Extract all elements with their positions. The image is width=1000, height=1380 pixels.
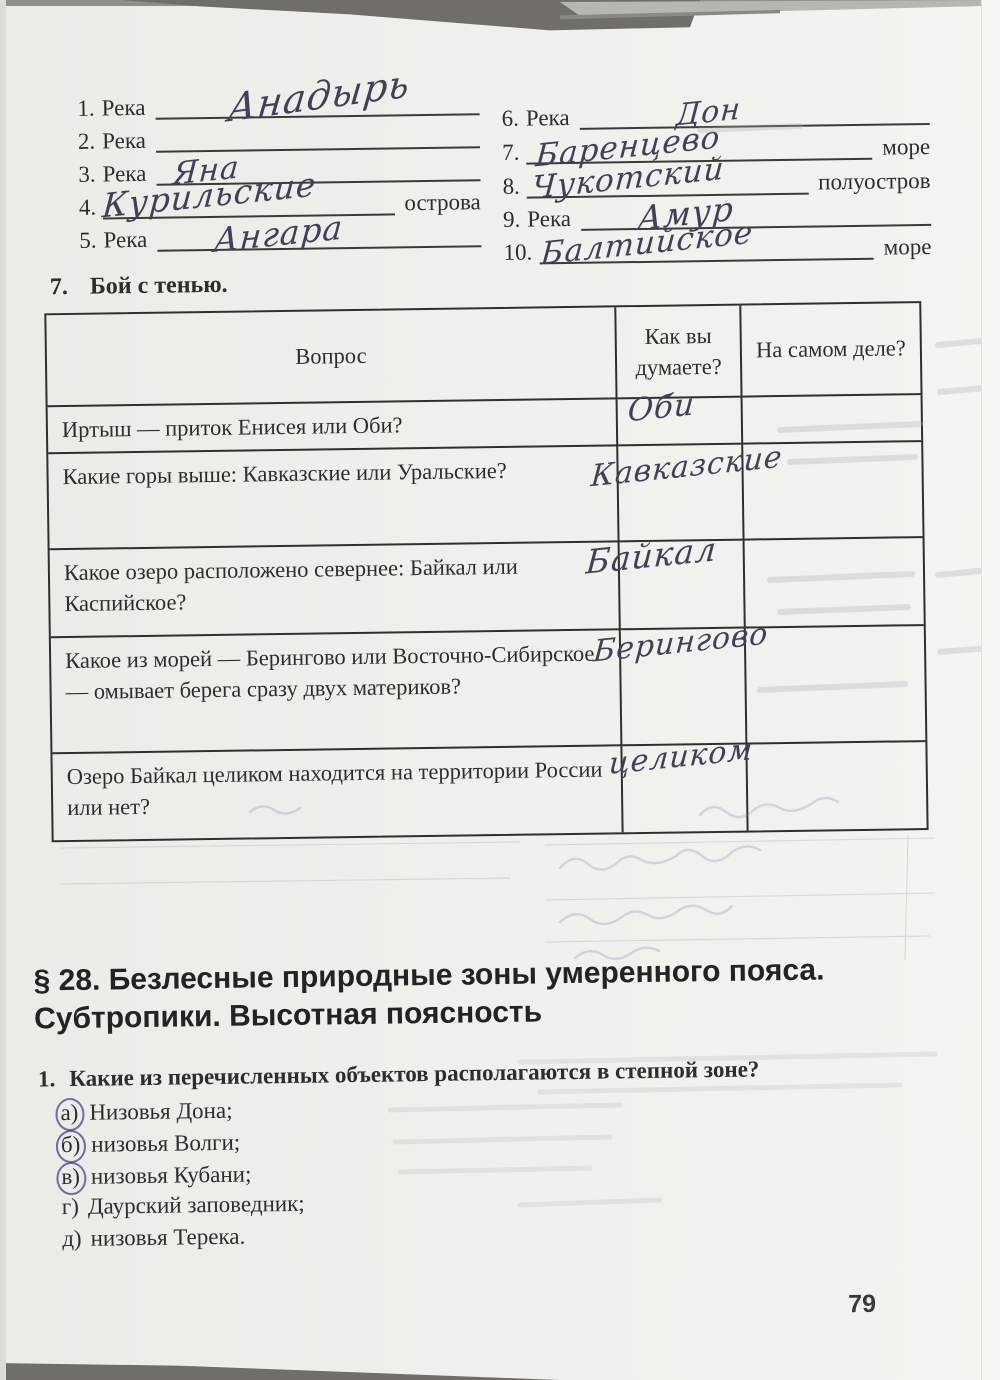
answer-blank — [156, 115, 480, 153]
option-letter-circled: б) — [56, 1130, 87, 1163]
table-question: Какое озеро расположено севернее: Байкал… — [50, 542, 621, 638]
table-actually-cell — [745, 538, 924, 628]
item-number: 8. — [502, 173, 520, 199]
question-text: Какие из перечисленных объектов располаг… — [69, 1056, 759, 1091]
option-letter-circled: в) — [56, 1162, 86, 1195]
item-number: 4. — [79, 194, 97, 220]
option-text: низовья Терека. — [90, 1224, 245, 1252]
option-d: д) низовья Терека. — [62, 1224, 245, 1257]
item-suffix: море — [884, 234, 932, 260]
item-number: 7. — [502, 139, 520, 165]
item-suffix: море — [882, 134, 930, 160]
table-question: Иртыш — приток Енисея или Оби? — [48, 399, 619, 454]
table-header-actually: На самом деле? — [741, 303, 920, 397]
answer-blank: Балтийское — [539, 227, 874, 265]
page-edge-right — [981, 0, 1000, 1380]
table-actually-cell — [743, 395, 922, 445]
item-number: 10. — [503, 239, 532, 265]
question-1: 1.Какие из перечисленных объектов распол… — [38, 1054, 968, 1093]
item-suffix: острова — [404, 189, 481, 215]
answer-blank: Курильские — [103, 182, 395, 219]
fill-item-5: 5. Река Ангара — [79, 216, 481, 253]
table-actually-cell — [747, 742, 926, 830]
option-v: в) низовья Кубани; — [61, 1160, 251, 1193]
option-text: низовья Волги; — [91, 1130, 240, 1158]
item-number: 1. — [77, 95, 95, 121]
option-letter: д) — [62, 1226, 82, 1252]
item-label: Река — [102, 128, 146, 154]
answer-blank: Ангара — [157, 214, 481, 252]
table-question: Какие горы выше: Кавказские или Уральски… — [48, 446, 619, 550]
option-g: г) Даурский заповедник; — [62, 1191, 305, 1224]
item-label: Река — [102, 95, 146, 121]
answer-blank: Дон — [579, 92, 929, 130]
task-title: Бой с тенью. — [90, 272, 228, 300]
page-content: 1. Река Анадырь 2. Река 3. Река Яна 4. К… — [0, 0, 1000, 1380]
table-question: Какое из морей — Берингово или Восточно-… — [51, 630, 623, 754]
page-number: 79 — [848, 1290, 876, 1319]
fill-list-right: 6. Река Дон 7. Баренцево море 8. Чукотск… — [501, 94, 929, 100]
option-text: низовья Кубани; — [91, 1162, 252, 1190]
page-edge-left — [0, 0, 6, 1380]
option-b: б) низовья Волги; — [61, 1128, 241, 1161]
fill-list-left: 1. Река Анадырь 2. Река 3. Река Яна 4. К… — [77, 84, 479, 90]
option-letter-circled: а) — [55, 1098, 84, 1131]
options-list: а) Низовья Дона; б) низовья Волги; в) ни… — [60, 1090, 660, 1098]
answer-blank: Анадырь — [155, 82, 479, 120]
item-number: 9. — [503, 206, 521, 232]
item-label: Река — [103, 227, 147, 253]
item-suffix: полуостров — [818, 168, 931, 195]
questions-table: Вопрос Как вы думаете? На самом деле? Ир… — [44, 301, 928, 842]
item-number: 3. — [78, 161, 96, 187]
table-question: Озеро Байкал целиком находится на террит… — [52, 746, 623, 840]
fill-item-10: 10. Балтийское море — [503, 228, 931, 265]
option-a: а) Низовья Дона; — [60, 1096, 232, 1128]
table-header-question: Вопрос — [46, 307, 617, 407]
section-28-heading: § 28. Безлесные природные зоны умеренног… — [33, 950, 904, 1039]
item-label: Река — [527, 206, 571, 232]
table-actually-cell — [746, 626, 926, 744]
table-header-you-think: Как вы думаете? — [616, 306, 742, 400]
answer-blank: Амур — [581, 193, 931, 231]
option-letter: г) — [62, 1194, 79, 1220]
item-number: 2. — [78, 128, 96, 154]
option-text: Даурский заповедник; — [88, 1191, 305, 1220]
item-number: 5. — [79, 227, 97, 253]
item-number: 6. — [501, 105, 519, 131]
answer-blank: Чукотский — [527, 162, 809, 199]
task-7-title: 7.Бой с тенью. — [50, 272, 228, 301]
question-number: 1. — [38, 1066, 56, 1091]
item-label: Река — [526, 105, 570, 131]
option-text: Низовья Дона; — [89, 1098, 233, 1126]
handwritten-answer-obi: Оби — [627, 386, 697, 429]
task-number: 7. — [50, 274, 68, 300]
